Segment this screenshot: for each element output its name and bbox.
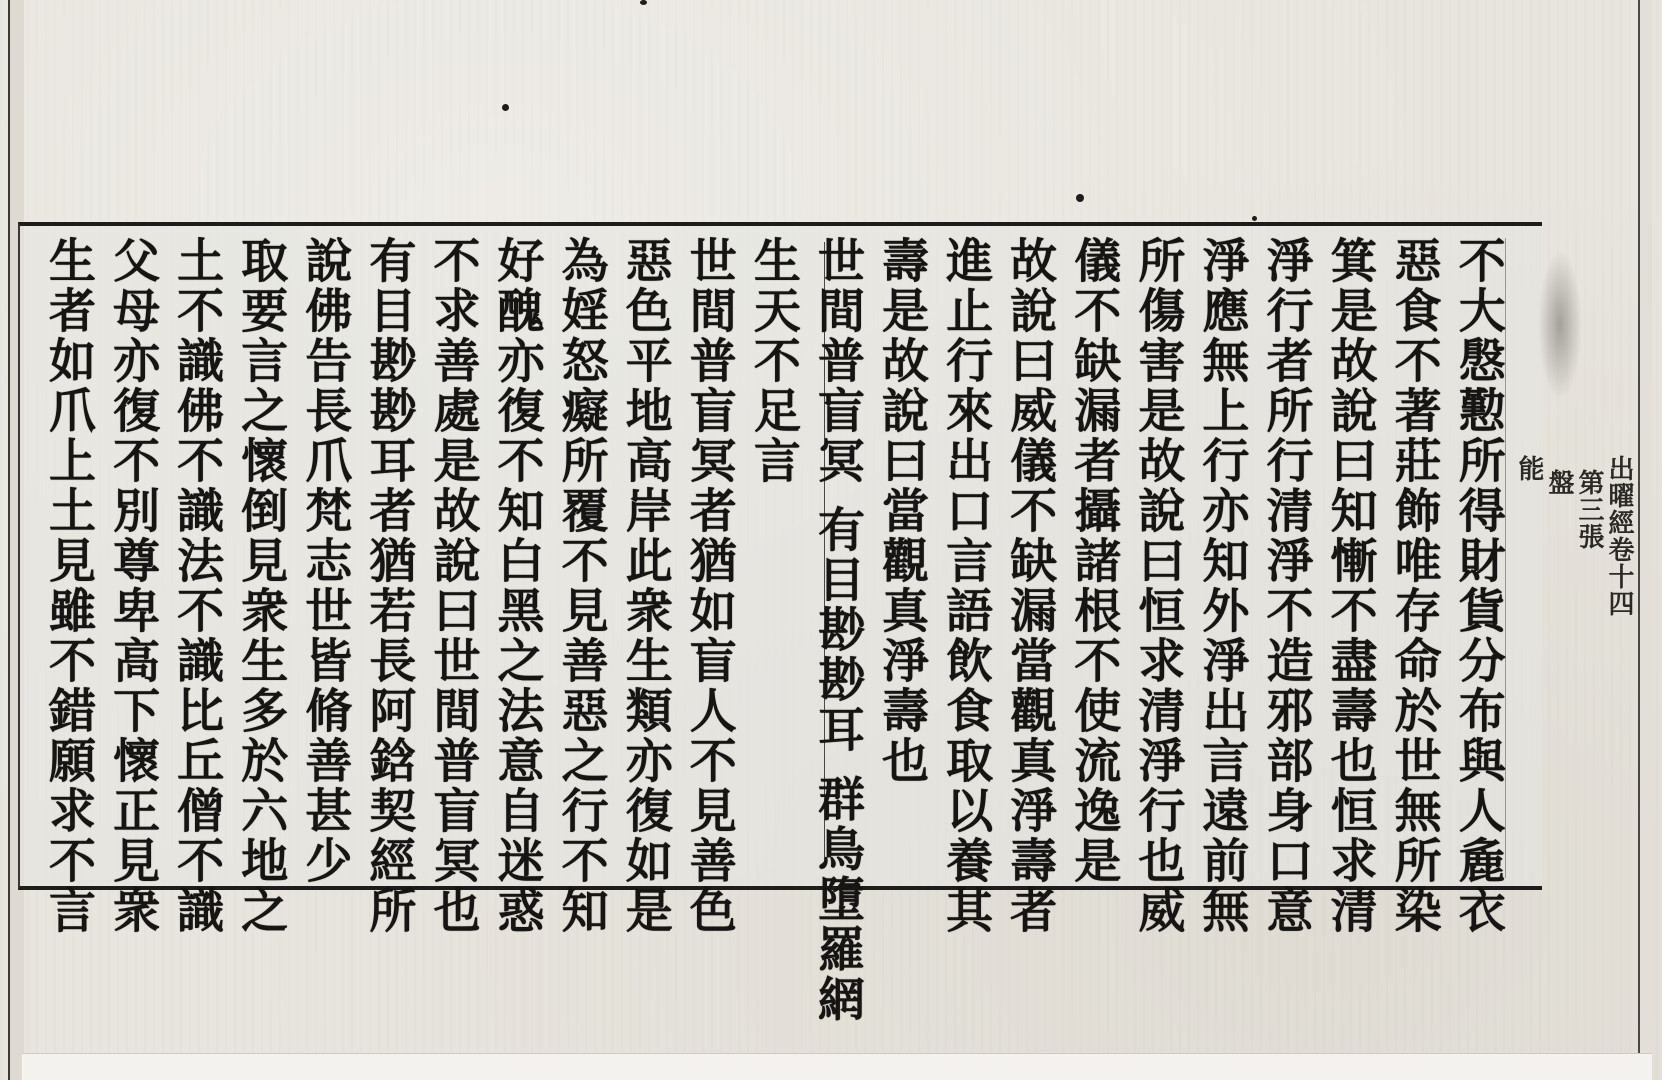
ink-blot	[1538, 250, 1582, 400]
text-column-23: 生者如爪上土見雖不錯願求不言	[38, 236, 98, 876]
text-column-15: 為婬怒癡所覆不見善惡之行不知	[551, 236, 611, 876]
text-column-18: 有目尠尠耳者猶若長阿鋡契經所	[358, 236, 418, 876]
text-column-20: 取要言之懷倒見衆生多於六地之	[230, 236, 290, 876]
text-column-16: 好醜亦復不知白黑之法意自迷惑	[487, 236, 547, 876]
verse-column-end: 生天不足言	[743, 236, 803, 876]
text-column-2: 惡食不著莊飾唯存命於世無所染	[1384, 236, 1444, 876]
text-column-1: 不大慇懃所得財貨分布與人麁衣	[1448, 236, 1508, 876]
ink-speck	[502, 104, 509, 111]
margin-note: 出曜經卷十四 第三張 盤 能	[1514, 455, 1634, 617]
text-column-3: 箕是故說曰知慚不盡壽也恒求清	[1320, 236, 1380, 876]
text-column-7: 儀不缺漏者攝諸根不使流逸是	[1063, 236, 1123, 876]
text-column-13: 世間普盲冥者猶如盲人不見善色	[679, 236, 739, 876]
text-column-14: 惡色平地高岸此衆生類亦復如是	[615, 236, 675, 876]
text-column-8: 故說曰威儀不缺漏當觀真淨壽者	[999, 236, 1059, 876]
margin-note-mark: 能	[1514, 455, 1544, 617]
margin-note-sheet: 第三張	[1574, 469, 1604, 617]
ink-speck	[640, 0, 647, 5]
margin-note-title: 出曜經卷十四	[1604, 455, 1634, 617]
page-bottom-edge	[22, 1053, 1652, 1080]
text-column-22: 父母亦復不別尊卑高下懷正見衆	[102, 236, 162, 876]
verse-column: 世間普盲冥 有目尠尠耳 群鳥墮羅網	[807, 236, 867, 876]
ink-speck	[1252, 216, 1257, 221]
text-column-5: 淨應無上行亦知外淨出言遠前無	[1191, 236, 1251, 876]
text-column-4: 淨行者所行清淨不造邪部身口意	[1255, 236, 1315, 876]
right-binding-edge	[1638, 0, 1652, 1080]
text-column-9: 進止行來出口言語飲食取以養其	[935, 236, 995, 876]
ink-speck	[1076, 194, 1084, 202]
text-column-6: 所傷害是故說曰恒求清淨行也威	[1127, 236, 1187, 876]
text-columns: 不大慇懃所得財貨分布與人麁衣 惡食不著莊飾唯存命於世無所染 箕是故說曰知慚不盡壽…	[38, 236, 1508, 876]
text-column-10: 壽是故說曰當觀真淨壽也	[871, 236, 931, 876]
text-column-17: 不求善處是故說曰世間普盲冥也	[422, 236, 482, 876]
text-column-21: 土不識佛不識法不識比丘僧不識	[166, 236, 226, 876]
margin-note-mark: 盤	[1544, 469, 1574, 617]
text-column-19: 說佛告長爪梵志世皆脩善甚少	[294, 236, 354, 876]
